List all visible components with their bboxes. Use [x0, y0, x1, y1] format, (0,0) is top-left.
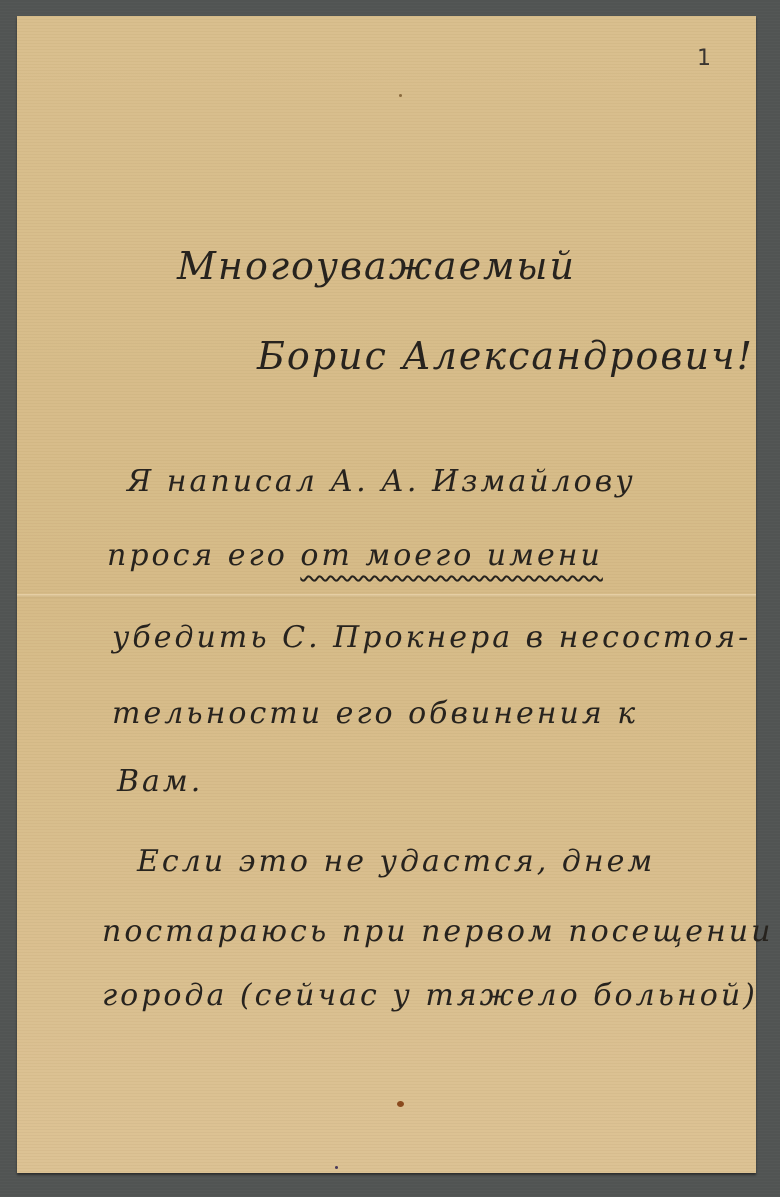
body-line-2: прося его от моего имени: [107, 538, 603, 573]
body-line-3: убедить С. Прокнера в несостоя-: [112, 620, 751, 655]
body-line-4: тельности его обвинения к: [112, 696, 638, 731]
letter-page: 1 Многоуважаемый Борис Александрович! Я …: [17, 16, 756, 1173]
page-number: 1: [697, 46, 711, 71]
paper-fold: [17, 594, 756, 598]
body-line-7: постараюсь при первом посещении: [102, 914, 773, 949]
ink-spot: [335, 1166, 338, 1169]
body-line-5: Вам.: [117, 764, 203, 799]
salutation-line-2: Борис Александрович!: [257, 334, 754, 378]
body-line-1: Я написал А. А. Измайлову: [127, 464, 636, 499]
ink-spot: [397, 1101, 404, 1107]
salutation-line-1: Многоуважаемый: [177, 244, 576, 288]
body-line-2-text: прося его: [107, 538, 300, 573]
body-line-6: Если это не удастся, днем: [137, 844, 655, 879]
body-line-8: города (сейчас у тяжело больной): [102, 978, 758, 1013]
underlined-phrase: от моего имени: [300, 538, 603, 573]
ink-spot: [399, 94, 402, 97]
